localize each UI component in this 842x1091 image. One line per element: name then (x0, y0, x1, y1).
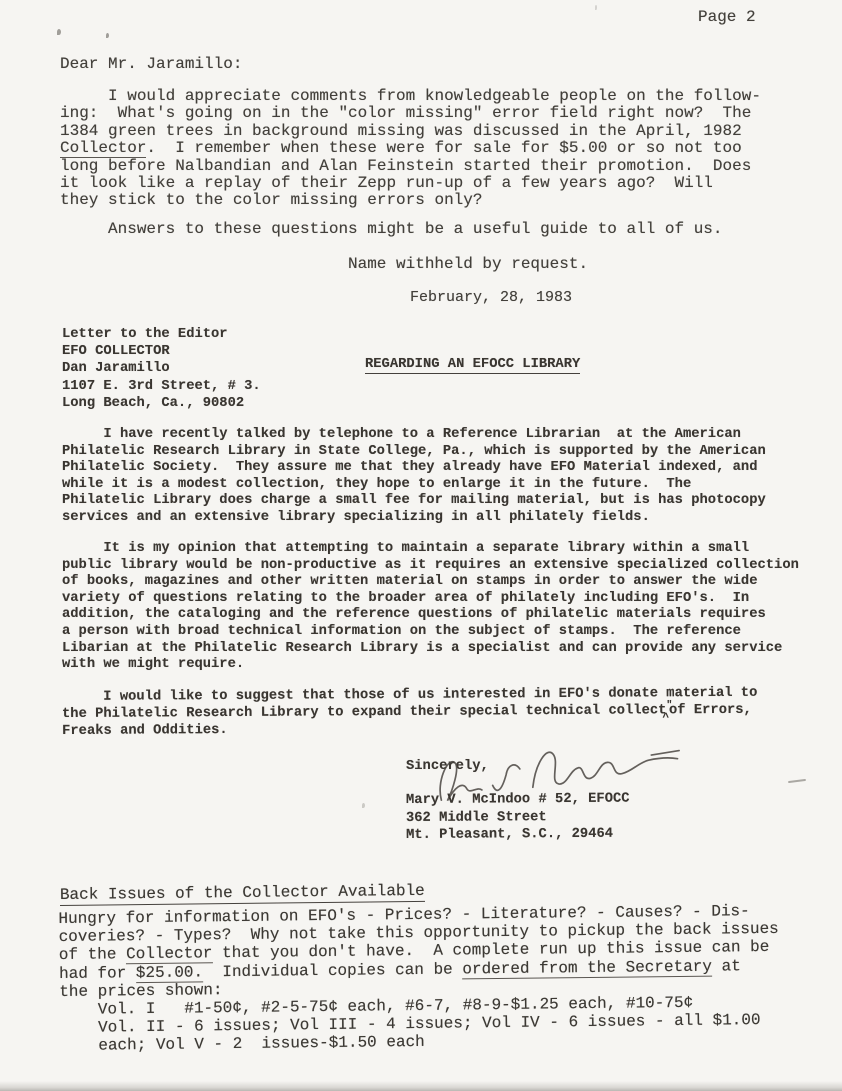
text-segment: a person with broad technical informatio… (62, 624, 741, 639)
text-segment: of Errors, (669, 702, 752, 718)
text-segment: of the (59, 946, 126, 965)
text-line: of books, magazines and other written ma… (62, 574, 799, 591)
text-segment: had for (59, 964, 136, 983)
text-line: ing: What's going on in the "color missi… (60, 105, 761, 122)
back-issues-heading-text: Back Issues of the Collector Available (60, 882, 425, 906)
scan-speck (57, 29, 61, 35)
letter1-paragraph-1: I would appreciate comments from knowled… (60, 88, 761, 210)
text-segment: Philatelic Library does charge a small f… (62, 493, 766, 508)
text-line: I would appreciate comments from knowled… (60, 88, 761, 105)
text-line: Philatelic Society. They assure me that … (62, 460, 766, 477)
signer-address-block: 362 Middle StreetMt. Pleasant, S.C., 294… (406, 809, 613, 844)
text-line: it look like a replay of their Zepp run-… (60, 175, 761, 192)
letter1-date: February, 28, 1983 (410, 289, 572, 306)
text-line: 1384 green trees in background missing w… (60, 123, 761, 140)
text-segment: they stick to the color missing errors o… (60, 191, 482, 209)
text-line: It is my opinion that attempting to main… (62, 541, 799, 558)
text-segment: while it is a modest collection, they ho… (62, 477, 691, 492)
text-segment: It is my opinion that attempting to main… (62, 541, 749, 556)
text-segment: public library would be non-productive a… (62, 558, 799, 573)
text-segment: ″ (666, 700, 671, 711)
underlined-text: ordered from the Secretary (462, 957, 712, 979)
text-segment: Dan Jaramillo (62, 361, 170, 376)
letter2-heading: REGARDING AN EFOCC LIBRARY (365, 357, 580, 374)
text-line: Answers to these questions might be a us… (60, 221, 723, 238)
text-line: 1107 E. 3rd Street, # 3. (62, 378, 261, 395)
text-segment: long before Nalbandian and Alan Feinstei… (60, 157, 751, 175)
scanned-letter-page: { "page": { "number": "Page 2" }, "lette… (0, 0, 842, 1091)
text-segment: at (712, 957, 741, 975)
text-segment: . I remember when these were for sale fo… (146, 139, 741, 157)
text-line: a person with broad technical informatio… (62, 624, 799, 641)
back-issues-paragraph: Hungry for information on EFO's - Prices… (58, 902, 780, 1056)
text-line: long before Nalbandian and Alan Feinstei… (60, 158, 761, 175)
text-line: addition, the cataloging and the referen… (62, 607, 799, 624)
text-segment: Libarian at the Philatelic Research Libr… (62, 641, 782, 656)
letter2-paragraph-2: It is my opinion that attempting to main… (62, 541, 799, 674)
text-segment: the Philatelic Research Library to expan… (62, 703, 666, 722)
text-segment: Philatelic Society. They assure me that … (62, 460, 757, 475)
text-segment: Answers to these questions might be a us… (60, 220, 723, 238)
text-segment: with we might require. (62, 657, 244, 672)
text-line: I have recently talked by telephone to a… (62, 427, 766, 444)
text-segment: the prices shown: (59, 981, 222, 1001)
text-segment: Mt. Pleasant, S.C., 29464 (406, 827, 613, 843)
text-segment: 1384 green trees in background missing w… (60, 122, 742, 140)
text-segment: addition, the cataloging and the referen… (62, 607, 766, 622)
text-segment: ^ (662, 712, 669, 724)
signer-name-line: Mary V. McIndoo # 52, EFOCC (406, 792, 630, 810)
text-line: Philatelic Research Library in State Col… (62, 444, 766, 461)
page-number: Page 2 (698, 9, 756, 26)
text-line: with we might require. (62, 657, 799, 674)
text-line: Libarian at the Philatelic Research Libr… (62, 641, 799, 658)
letter1-salutation: Dear Mr. Jaramillo: (60, 56, 242, 73)
letter2-address-block: Letter to the EditorEFO COLLECTORDan Jar… (62, 326, 261, 412)
stray-pen-dash (788, 779, 806, 783)
letter1-paragraph-2: Answers to these questions might be a us… (60, 221, 723, 238)
text-segment: EFO COLLECTOR (62, 344, 170, 359)
back-issues-heading: Back Issues of the Collector Available (60, 882, 425, 904)
text-segment: I have recently talked by telephone to a… (62, 427, 741, 442)
text-segment: 1107 E. 3rd Street, # 3. (62, 379, 261, 394)
text-segment: services and an extensive library specia… (62, 510, 650, 525)
text-segment: Letter to the Editor (62, 327, 228, 342)
text-segment: of books, magazines and other written ma… (62, 574, 757, 589)
underlined-text: Collector (126, 945, 213, 965)
text-segment: variety of questions relating to the bro… (62, 591, 749, 606)
letter2-paragraph-3: I would like to suggest that those of us… (62, 686, 758, 741)
text-segment: Freaks and Oddities. (62, 723, 228, 739)
underlined-text: $25.00. (136, 963, 203, 983)
text-line: services and an extensive library specia… (62, 510, 766, 527)
scan-speck (362, 803, 365, 808)
letter2-heading-text: REGARDING AN EFOCC LIBRARY (365, 357, 580, 374)
text-segment: I would appreciate comments from knowled… (60, 87, 761, 105)
text-segment: Philatelic Research Library in State Col… (62, 444, 766, 459)
scan-speck (106, 33, 109, 38)
text-line: EFO COLLECTOR (62, 343, 261, 360)
text-segment: 362 Middle Street (406, 810, 547, 826)
text-line: they stick to the color missing errors o… (60, 192, 761, 209)
text-segment: each; Vol V - 2 issues-$1.50 each (60, 1033, 425, 1055)
text-line: 362 Middle Street (406, 809, 613, 827)
scan-bottom-edge (0, 1081, 842, 1091)
text-line: public library would be non-productive a… (62, 558, 799, 575)
text-segment: Long Beach, Ca., 90802 (62, 396, 244, 411)
text-line: Philatelic Library does charge a small f… (62, 493, 766, 510)
text-segment: it look like a replay of their Zepp run-… (60, 174, 713, 192)
text-line: variety of questions relating to the bro… (62, 591, 799, 608)
text-line: Mt. Pleasant, S.C., 29464 (406, 826, 613, 844)
scan-speck (595, 5, 597, 10)
text-line: Collector. I remember when these were fo… (60, 140, 761, 157)
text-line: while it is a modest collection, they ho… (62, 477, 766, 494)
text-segment: Individual copies can be (203, 960, 462, 981)
text-line: Long Beach, Ca., 90802 (62, 395, 261, 412)
text-line: Letter to the Editor (62, 326, 261, 343)
underlined-text: Collector (60, 139, 146, 158)
letter2-paragraph-1: I have recently talked by telephone to a… (62, 427, 766, 527)
text-line: Dan Jaramillo (62, 360, 261, 377)
text-segment: ing: What's going on in the "color missi… (60, 104, 751, 122)
letter1-name-withheld: Name withheld by request. (348, 256, 588, 273)
